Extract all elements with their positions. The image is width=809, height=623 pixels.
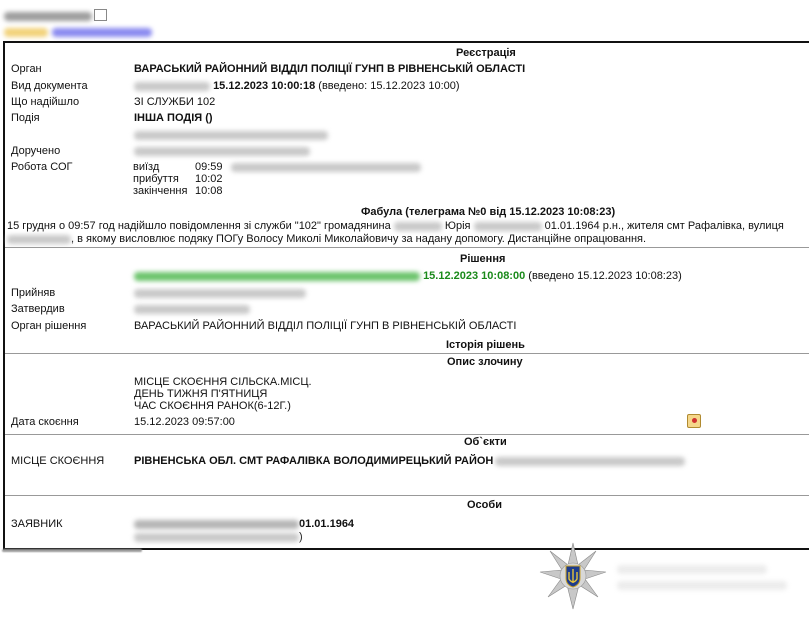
received-from-label: Що надійшло — [11, 96, 79, 108]
organ-label: Орган — [11, 63, 42, 75]
decision-value: 15.12.2023 10:08:00 (введено 15.12.2023 … — [134, 270, 682, 282]
divider — [5, 247, 809, 248]
crime-line-weekday: ДЕНЬ ТИЖНЯ П'ЯТНИЦЯ — [134, 388, 267, 400]
sog-times: виїзд09:59 прибуття10:02 закінчення10:08 — [133, 161, 421, 197]
crime-date-label: Дата скоєння — [11, 416, 79, 428]
doc-entered: (введено: 15.12.2023 10:00) — [318, 80, 459, 92]
crime-date-value: 15.12.2023 09:57:00 — [134, 416, 235, 428]
section-registration-title: Реєстрація — [456, 47, 516, 59]
police-star-icon — [538, 541, 608, 611]
divider — [5, 353, 809, 354]
applicant-address-redacted — [134, 533, 299, 542]
incident-card: Реєстрація Орган ВАРАСЬКИЙ РАЙОННИЙ ВІДД… — [3, 41, 809, 550]
divider — [5, 434, 809, 435]
section-persons-title: Особи — [467, 499, 502, 511]
crime-line-time: ЧАС СКОЄННЯ РАНОК(6-12Г.) — [134, 400, 291, 412]
applicant-address: ) — [134, 531, 303, 543]
fabula-text: 15 грудня о 09:57 год надійшло повідомле… — [5, 220, 809, 246]
applicant-name-redacted — [134, 520, 299, 529]
place-value: РІВНЕНСЬКА ОБЛ. СМТ РАФАЛІВКА ВОЛОДИМИРЕ… — [134, 455, 685, 467]
place-address-redacted — [495, 457, 685, 466]
section-objects-title: Об`єкти — [464, 436, 507, 448]
doc-type-value: 15.12.2023 10:00:18 (введено: 15.12.2023… — [134, 80, 460, 92]
sog-row-finish: закінчення10:08 — [133, 185, 421, 197]
received-from-value: ЗІ СЛУЖБИ 102 — [134, 96, 215, 108]
sog-label: Робота СОГ — [11, 161, 72, 173]
doc-datetime: 15.12.2023 10:00:18 — [213, 80, 315, 92]
doc-type-label: Вид документа — [11, 80, 88, 92]
event-details-redacted — [134, 129, 328, 141]
decision-organ-label: Орган рішення — [11, 320, 86, 332]
assigned-label: Доручено — [11, 145, 60, 157]
header-link-electronic[interactable] — [52, 28, 152, 37]
section-crime-description-title: Опис злочину — [447, 356, 523, 368]
header-checkbox[interactable] — [94, 9, 107, 21]
divider — [5, 495, 809, 496]
page-title — [4, 10, 92, 22]
accepted-value-redacted — [134, 287, 306, 299]
header-link-yellow[interactable] — [4, 28, 48, 37]
crime-line-place: МІСЦЕ СКОЄННЯ СІЛЬСКА.МІСЦ. — [134, 376, 312, 388]
section-decision-history-title[interactable]: Історія рішень — [446, 339, 525, 351]
doc-number-redacted — [134, 82, 210, 91]
approved-label: Затвердив — [11, 303, 65, 315]
decision-organ-value: ВАРАСЬКИЙ РАЙОННИЙ ВІДДІЛ ПОЛІЦІЇ ГУНП В… — [134, 320, 516, 332]
footer-print-info — [2, 548, 142, 553]
decision-datetime: 15.12.2023 10:08:00 — [423, 270, 525, 282]
assigned-value-redacted — [134, 145, 310, 157]
applicant-label: ЗАЯВНИК — [11, 518, 63, 530]
event-value: ІНША ПОДІЯ () — [134, 112, 213, 124]
accepted-label: Прийняв — [11, 287, 55, 299]
sog-row-arrival: прибуття10:02 — [133, 173, 421, 185]
emblem-watermark — [617, 561, 787, 593]
map-icon[interactable] — [687, 414, 701, 428]
decision-text-redacted — [134, 272, 420, 281]
section-fabula-title: Фабула (телеграма №0 від 15.12.2023 10:0… — [361, 206, 615, 218]
approved-value-redacted — [134, 303, 250, 315]
place-label: МІСЦЕ СКОЄННЯ — [11, 455, 104, 467]
title-redacted — [4, 12, 92, 21]
section-decision-title: Рішення — [460, 253, 505, 265]
event-label: Подія — [11, 112, 40, 124]
decision-entered: (введено 15.12.2023 10:08:23) — [528, 270, 681, 282]
organ-value: ВАРАСЬКИЙ РАЙОННИЙ ВІДДІЛ ПОЛІЦІЇ ГУНП В… — [134, 63, 525, 75]
sog-row-departure: виїзд09:59 — [133, 161, 421, 173]
header-links — [4, 26, 152, 38]
applicant-value: 01.01.1964 — [134, 518, 354, 530]
